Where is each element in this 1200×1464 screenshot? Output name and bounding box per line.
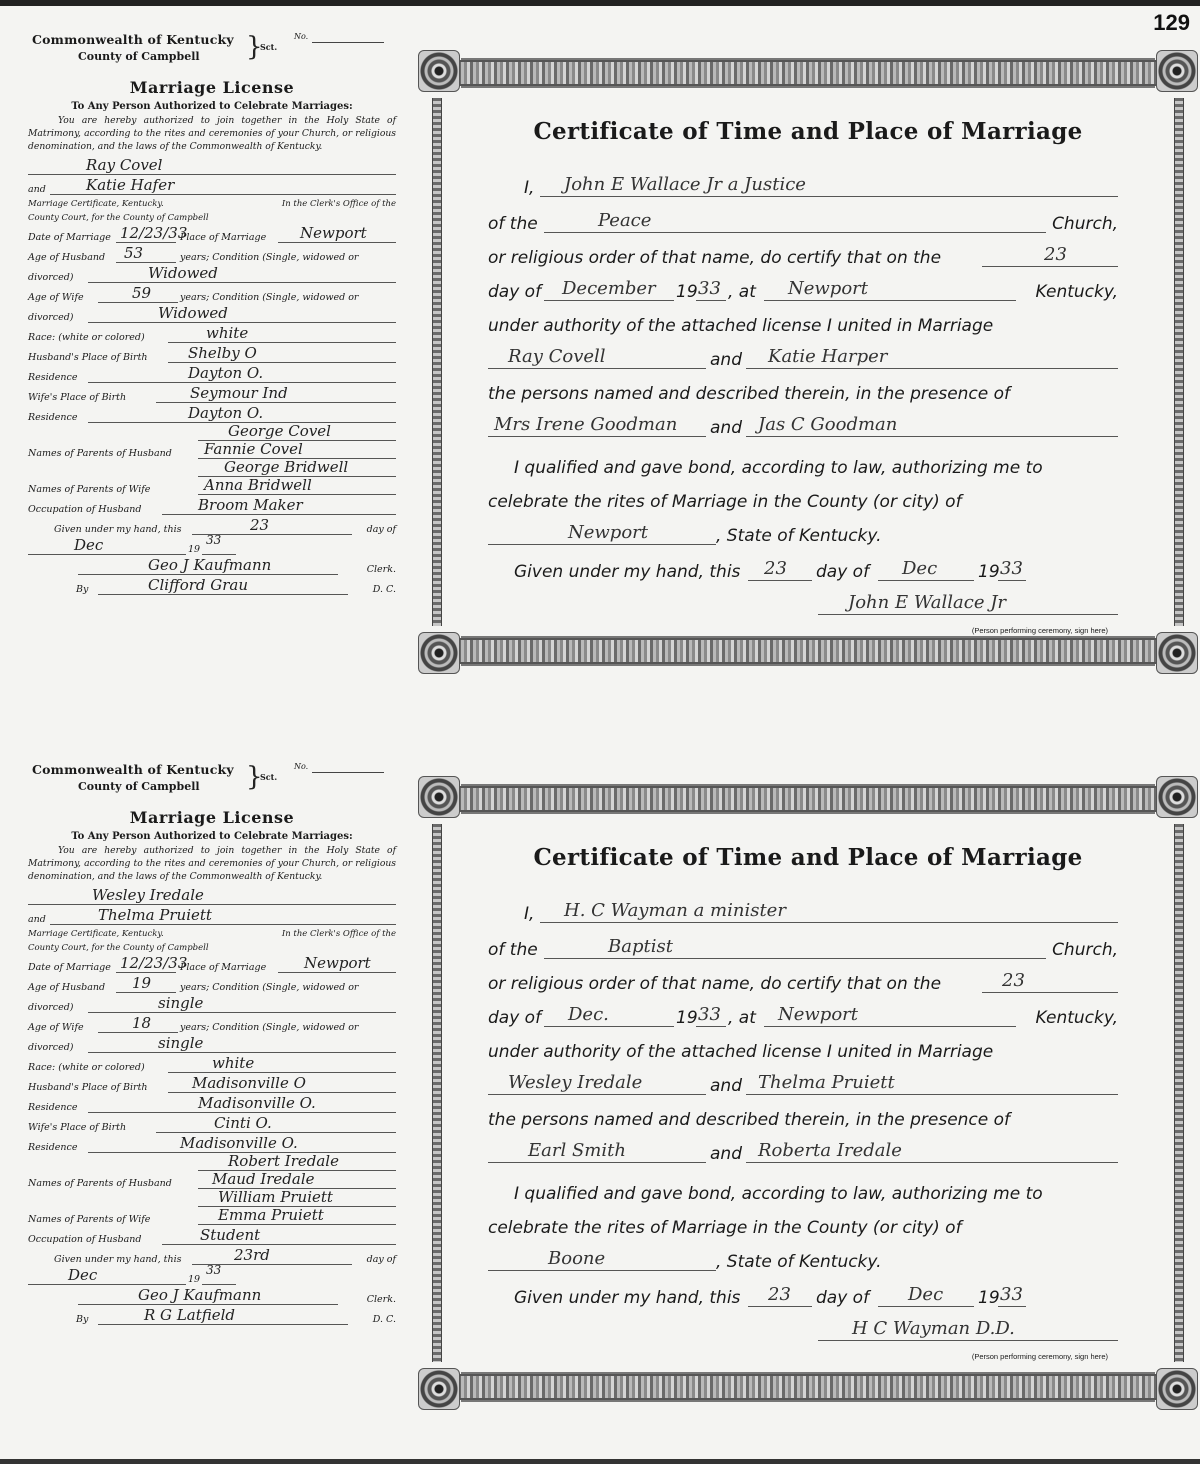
husband-father: George Covel — [228, 422, 331, 440]
number-label: No. — [294, 762, 308, 771]
occupation-label: Occupation of Husband — [28, 504, 142, 515]
cert-county: Boone — [548, 1248, 605, 1269]
place-of-marriage: Newport — [304, 954, 371, 972]
and-label: and — [28, 914, 46, 925]
rosette-icon — [1156, 776, 1198, 818]
clerk-signature: Geo J Kaufmann — [138, 1286, 261, 1304]
given-year: 33 — [206, 533, 221, 547]
rosette-icon — [1156, 632, 1198, 674]
years-condition-label: years; Condition (Single, widowed or — [180, 292, 358, 303]
county-court-label: County Court, for the County of Campbell — [28, 943, 209, 953]
groom-name: Wesley Iredale — [92, 886, 204, 904]
church: Peace — [598, 210, 651, 231]
i-label: I, — [524, 178, 534, 198]
residence-label: Residence — [28, 372, 77, 383]
rosette-icon — [418, 776, 460, 818]
wife-father: William Pruiett — [218, 1188, 333, 1206]
license-title: Marriage License — [28, 808, 396, 827]
age-of-husband: 19 — [132, 974, 151, 992]
cert-groom: Wesley Iredale — [508, 1072, 642, 1093]
day-of-label: day of — [816, 562, 869, 582]
cert-given-day: 23 — [768, 1284, 791, 1305]
and-label: and — [28, 184, 46, 195]
scan-bottom-edge — [0, 1459, 1200, 1464]
cert-place: Newport — [778, 1004, 858, 1025]
divorced-label: divorced) — [28, 272, 73, 283]
given-label: Given under my hand, this — [54, 524, 182, 535]
qualified-label: I qualified and gave bond, according to … — [514, 1184, 1043, 1204]
residence-label: Residence — [28, 412, 77, 423]
race-label: Race: (white or colored) — [28, 1062, 145, 1073]
wife-birthplace-label: Wife's Place of Birth — [28, 392, 126, 403]
at-label: , at — [728, 282, 756, 302]
i-label: I, — [524, 904, 534, 924]
husband-condition: Widowed — [148, 264, 218, 282]
marriage-license-2: Commonwealth of Kentucky County of Campb… — [28, 760, 396, 1327]
occupation: Student — [200, 1226, 260, 1244]
parents-husband-label: Names of Parents of Husband — [28, 448, 172, 459]
wife-birthplace: Cinti O. — [214, 1114, 272, 1132]
county-heading: County of Campbell — [78, 780, 200, 793]
parents-husband-label: Names of Parents of Husband — [28, 1178, 172, 1189]
witness-2: Jas C Goodman — [758, 414, 897, 435]
ornamental-border — [458, 786, 1158, 812]
clerks-office-label: In the Clerk's Office of the — [282, 199, 396, 209]
cert-given-year: 33 — [1000, 558, 1023, 579]
marriage-certificate-2: Certificate of Time and Place of Marriag… — [418, 768, 1198, 1418]
cert-day: 23 — [1044, 244, 1067, 265]
county-court-label: County Court, for the County of Campbell — [28, 213, 209, 223]
cert-year: 33 — [698, 278, 721, 299]
officiant: John E Wallace Jr a Justice — [564, 174, 806, 195]
and-label: and — [710, 1076, 742, 1096]
state-label: , State of Kentucky. — [716, 526, 882, 546]
under-authority-label: under authority of the attached license … — [488, 1042, 993, 1062]
place-of-marriage-label: Place of Marriage — [180, 962, 266, 973]
persons-named-label: the persons named and described therein,… — [488, 1110, 1010, 1130]
bride-name: Katie Hafer — [86, 176, 174, 194]
husband-birthplace: Madisonville O — [192, 1074, 306, 1092]
witness-2: Roberta Iredale — [758, 1140, 902, 1161]
license-body: You are hereby authorized to join togeth… — [28, 844, 396, 883]
year-prefix: 19 — [978, 562, 1000, 582]
by-label: By — [76, 584, 88, 595]
state-label: , State of Kentucky. — [716, 1252, 882, 1272]
husband-mother: Fannie Covel — [204, 440, 303, 458]
cert-county: Newport — [568, 522, 648, 543]
officiant-signature: H C Wayman D.D. — [852, 1318, 1015, 1339]
date-of-marriage-label: Date of Marriage — [28, 232, 111, 243]
age-of-wife: 18 — [132, 1014, 151, 1032]
wife-mother: Anna Bridwell — [204, 476, 312, 494]
husband-birthplace-label: Husband's Place of Birth — [28, 352, 148, 363]
commonwealth-heading: Commonwealth of Kentucky — [32, 762, 234, 777]
celebrate-label: celebrate the rites of Marriage in the C… — [488, 492, 962, 512]
cert-given-month: Dec — [908, 1284, 943, 1305]
cert-groom: Ray Covell — [508, 346, 606, 367]
license-salutation: To Any Person Authorized to Celebrate Ma… — [28, 101, 396, 112]
wife-condition: Widowed — [158, 304, 228, 322]
persons-named-label: the persons named and described therein,… — [488, 384, 1010, 404]
given-day: 23rd — [234, 1246, 270, 1264]
license-title: Marriage License — [28, 78, 396, 97]
husband-condition: single — [158, 994, 203, 1012]
ornamental-border — [458, 1374, 1158, 1400]
date-of-marriage-label: Date of Marriage — [28, 962, 111, 973]
of-the-label: of the — [488, 214, 538, 234]
ornamental-border — [458, 638, 1158, 664]
by-label: By — [76, 1314, 88, 1325]
cert-month: December — [562, 278, 656, 299]
certificate-title: Certificate of Time and Place of Marriag… — [418, 118, 1198, 145]
year-prefix: 19 — [188, 1274, 200, 1285]
age-of-husband-label: Age of Husband — [28, 252, 105, 263]
race-label: Race: (white or colored) — [28, 332, 145, 343]
cert-bride: Thelma Pruiett — [758, 1072, 895, 1093]
husband-mother: Maud Iredale — [212, 1170, 315, 1188]
sign-caption: (Person performing ceremony, sign here) — [972, 1352, 1108, 1361]
sign-caption: (Person performing ceremony, sign here) — [972, 626, 1108, 635]
age-of-wife-label: Age of Wife — [28, 292, 84, 303]
officiant: H. C Wayman a minister — [564, 900, 786, 921]
year-prefix: 19 — [676, 1008, 698, 1028]
of-the-label: of the — [488, 940, 538, 960]
groom-name: Ray Covel — [86, 156, 162, 174]
day-of-label: day of — [488, 282, 541, 302]
date-of-marriage: 12/23/33 — [120, 954, 187, 972]
license-body: You are hereby authorized to join togeth… — [28, 114, 396, 153]
church-label: Church, — [1052, 214, 1118, 234]
rosette-icon — [1156, 50, 1198, 92]
wife-father: George Bridwell — [224, 458, 348, 476]
cert-given-day: 23 — [764, 558, 787, 579]
cert-year: 33 — [698, 1004, 721, 1025]
parents-wife-label: Names of Parents of Wife — [28, 484, 150, 495]
husband-father: Robert Iredale — [228, 1152, 339, 1170]
number-field — [312, 42, 384, 43]
residence-label: Residence — [28, 1102, 77, 1113]
wife-residence: Madisonville O. — [180, 1134, 298, 1152]
age-of-wife: 59 — [132, 284, 151, 302]
occupation: Broom Maker — [198, 496, 303, 514]
wife-mother: Emma Pruiett — [218, 1206, 324, 1224]
clerk-signature: Geo J Kaufmann — [148, 556, 271, 574]
year-prefix: 19 — [978, 1288, 1000, 1308]
scan-top-edge — [0, 0, 1200, 6]
at-label: , at — [728, 1008, 756, 1028]
age-of-wife-label: Age of Wife — [28, 1022, 84, 1033]
divorced-label: divorced) — [28, 312, 73, 323]
wife-birthplace-label: Wife's Place of Birth — [28, 1122, 126, 1133]
page-number: 129 — [1153, 10, 1190, 36]
clerk-label: Clerk. — [367, 1294, 396, 1305]
and-label: and — [710, 418, 742, 438]
given-label: Given under my hand, this — [514, 562, 740, 582]
cert-bride: Katie Harper — [768, 346, 887, 367]
commonwealth-heading: Commonwealth of Kentucky — [32, 32, 234, 47]
place-of-marriage: Newport — [300, 224, 367, 242]
dc-label: D. C. — [373, 1314, 396, 1325]
ornamental-border — [432, 98, 442, 626]
given-year: 33 — [206, 1263, 221, 1277]
husband-residence: Madisonville O. — [198, 1094, 316, 1112]
rosette-icon — [418, 632, 460, 674]
ornamental-border — [432, 824, 442, 1362]
church: Baptist — [608, 936, 673, 957]
marriage-certificate-1: Certificate of Time and Place of Marriag… — [418, 42, 1198, 682]
years-condition-label: years; Condition (Single, widowed or — [180, 982, 358, 993]
parents-wife-label: Names of Parents of Wife — [28, 1214, 150, 1225]
cert-line-label: Marriage Certificate, Kentucky. — [28, 199, 164, 209]
marriage-license-1: Commonwealth of Kentucky County of Campb… — [28, 30, 396, 597]
race: white — [206, 324, 248, 342]
kentucky-label: Kentucky, — [1035, 1008, 1118, 1028]
kentucky-label: Kentucky, — [1035, 282, 1118, 302]
rosette-icon — [1156, 1368, 1198, 1410]
clerks-office-label: In the Clerk's Office of the — [282, 929, 396, 939]
years-condition-label: years; Condition (Single, widowed or — [180, 252, 358, 263]
residence-label: Residence — [28, 1142, 77, 1153]
county-heading: County of Campbell — [78, 50, 200, 63]
husband-residence: Dayton O. — [188, 364, 263, 382]
witness-1: Mrs Irene Goodman — [494, 414, 677, 435]
given-day: 23 — [250, 516, 269, 534]
age-of-husband: 53 — [124, 244, 143, 262]
wife-condition: single — [158, 1034, 203, 1052]
bride-name: Thelma Pruiett — [98, 906, 212, 924]
cert-line-label: Marriage Certificate, Kentucky. — [28, 929, 164, 939]
cert-given-month: Dec — [902, 558, 937, 579]
wife-residence: Dayton O. — [188, 404, 263, 422]
sct-label: Sct. — [260, 42, 277, 52]
cert-month: Dec. — [568, 1004, 609, 1025]
rosette-icon — [418, 1368, 460, 1410]
officiant-signature: John E Wallace Jr — [848, 592, 1006, 613]
church-label: Church, — [1052, 940, 1118, 960]
day-of-label: day of — [488, 1008, 541, 1028]
number-label: No. — [294, 32, 308, 41]
number-field — [312, 772, 384, 773]
religious-order-label: or religious order of that name, do cert… — [488, 974, 941, 994]
and-label: and — [710, 350, 742, 370]
year-prefix: 19 — [188, 544, 200, 555]
years-condition-label: years; Condition (Single, widowed or — [180, 1022, 358, 1033]
ornamental-border — [458, 60, 1158, 86]
cert-place: Newport — [788, 278, 868, 299]
date-of-marriage: 12/23/33 — [120, 224, 187, 242]
qualified-label: I qualified and gave bond, according to … — [514, 458, 1043, 478]
cert-given-year: 33 — [1000, 1284, 1023, 1305]
celebrate-label: celebrate the rites of Marriage in the C… — [488, 1218, 962, 1238]
ornamental-border — [1174, 824, 1184, 1362]
race: white — [212, 1054, 254, 1072]
divorced-label: divorced) — [28, 1042, 73, 1053]
husband-birthplace-label: Husband's Place of Birth — [28, 1082, 148, 1093]
day-of-label: day of — [367, 1254, 396, 1265]
day-of-label: day of — [816, 1288, 869, 1308]
under-authority-label: under authority of the attached license … — [488, 316, 993, 336]
clerk-label: Clerk. — [367, 564, 396, 575]
and-label: and — [710, 1144, 742, 1164]
given-month: Dec — [68, 1266, 97, 1284]
certificate-title: Certificate of Time and Place of Marriag… — [418, 844, 1198, 871]
given-month: Dec — [74, 536, 103, 554]
day-of-label: day of — [367, 524, 396, 535]
rosette-icon — [418, 50, 460, 92]
given-label: Given under my hand, this — [514, 1288, 740, 1308]
year-prefix: 19 — [676, 282, 698, 302]
dc-label: D. C. — [373, 584, 396, 595]
sct-label: Sct. — [260, 772, 277, 782]
divorced-label: divorced) — [28, 1002, 73, 1013]
cert-day: 23 — [1002, 970, 1025, 991]
husband-birthplace: Shelby O — [188, 344, 257, 362]
age-of-husband-label: Age of Husband — [28, 982, 105, 993]
license-salutation: To Any Person Authorized to Celebrate Ma… — [28, 831, 396, 842]
deputy-signature: R G Latfield — [144, 1306, 235, 1324]
ornamental-border — [1174, 98, 1184, 626]
occupation-label: Occupation of Husband — [28, 1234, 142, 1245]
place-of-marriage-label: Place of Marriage — [180, 232, 266, 243]
wife-birthplace: Seymour Ind — [190, 384, 288, 402]
deputy-signature: Clifford Grau — [148, 576, 248, 594]
religious-order-label: or religious order of that name, do cert… — [488, 248, 941, 268]
witness-1: Earl Smith — [528, 1140, 626, 1161]
given-label: Given under my hand, this — [54, 1254, 182, 1265]
